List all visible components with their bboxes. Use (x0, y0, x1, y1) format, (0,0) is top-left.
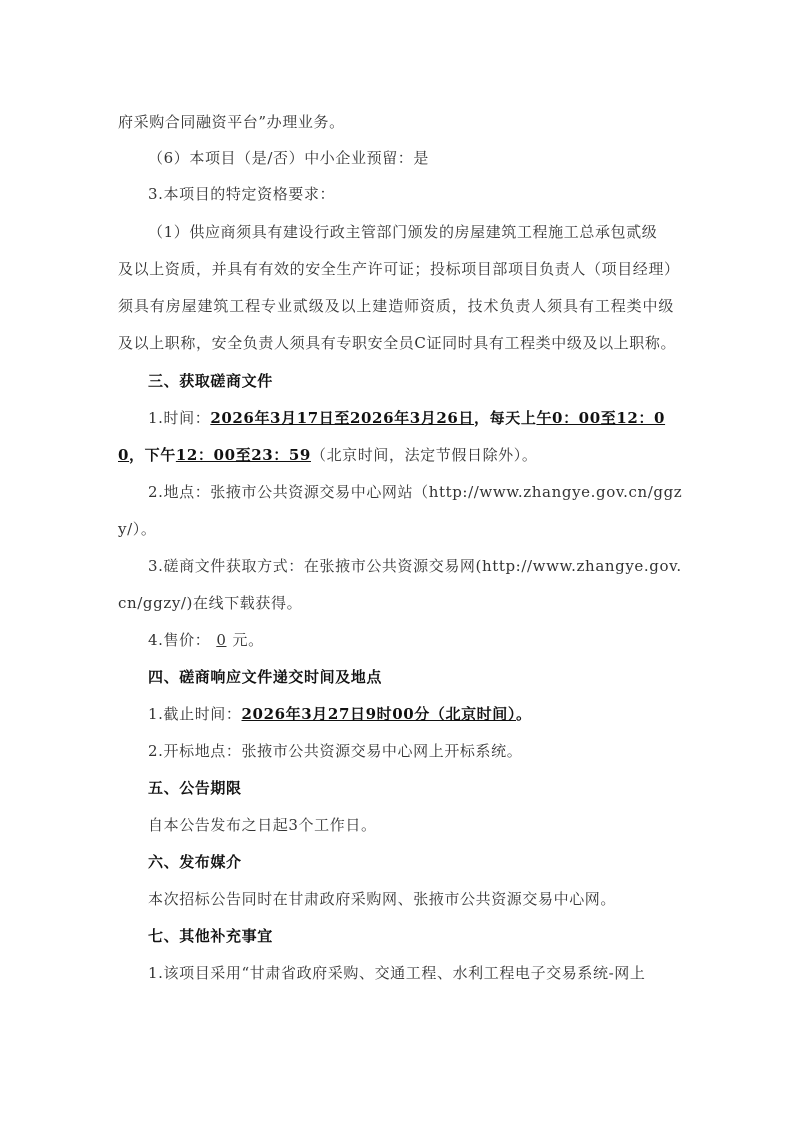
paragraph-time-cont: 0，下午12：00至23：59（北京时间，法定节假日除外）。 (118, 445, 537, 465)
paragraph-method-cont: cn/ggzy/)在线下载获得。 (118, 593, 302, 613)
paragraph-location: 2.地点：张掖市公共资源交易中心网站（http://www.zhangye.go… (148, 482, 682, 502)
paragraph-line: 及以上职称，安全负责人须具有专职安全员C证同时具有工程类中级及以上职称。 (118, 333, 674, 353)
price-unit: 元。 (232, 631, 263, 649)
section-heading-notice-period: 五、公告期限 (148, 778, 242, 798)
time-label: 1.时间： (148, 409, 210, 427)
section-heading-submission: 四、磋商响应文件递交时间及地点 (148, 667, 382, 687)
paragraph-time: 1.时间：2026年3月17日至2026年3月26日，每天上午0：00至12：0 (148, 408, 665, 428)
afternoon-hours: 12：00至23：59 (176, 446, 311, 464)
deadline-value: 2026年3月27日9时00分（北京时间） (242, 705, 516, 723)
morning-hours: 午0：00至12：0 (536, 409, 665, 427)
paragraph-deadline: 1.截止时间：2026年3月27日9时00分（北京时间）。 (148, 704, 532, 724)
paragraph-method: 3.磋商文件获取方式：在张掖市公共资源交易网(http://www.zhangy… (148, 556, 682, 576)
time-note: （北京时间，法定节假日除外）。 (311, 446, 538, 464)
time-digit: 0 (118, 446, 129, 464)
daily-text: ，每天上 (474, 409, 536, 427)
paragraph-notice-period: 自本公告发布之日起3个工作日。 (148, 815, 377, 835)
deadline-end: 。 (516, 705, 532, 723)
section-heading-media: 六、发布媒介 (148, 852, 242, 872)
paragraph-location-cont: y/）。 (118, 519, 156, 539)
paragraph-sme-reserve: （6）本项目（是/否）中小企业预留：是 (148, 148, 429, 168)
price-label: 4.售价： (148, 631, 210, 649)
paragraph-line: 府采购合同融资平台”办理业务。 (118, 112, 345, 132)
date-range: 2026年3月17日至2026年3月26日 (210, 409, 474, 427)
price-value: 0 (210, 631, 232, 649)
paragraph-line: 及以上资质，并具有有效的安全生产许可证；投标项目部项目负责人（项目经理） (118, 259, 674, 279)
paragraph-line: （1）供应商须具有建设行政主管部门颁发的房屋建筑工程施工总承包贰级 (148, 222, 657, 242)
paragraph-opening-location: 2.开标地点：张掖市公共资源交易中心网上开标系统。 (148, 741, 522, 761)
section-heading-obtain-docs: 三、获取磋商文件 (148, 371, 273, 391)
paragraph-other: 1.该项目采用“甘肃省政府采购、交通工程、水利工程电子交易系统-网上 (148, 963, 645, 983)
afternoon-label: ，下午 (129, 446, 176, 464)
deadline-label: 1.截止时间： (148, 705, 242, 723)
paragraph-qualification-title: 3.本项目的特定资格要求： (148, 184, 335, 204)
paragraph-line: 须具有房屋建筑工程专业贰级及以上建造师资质，技术负责人须具有工程类中级 (118, 296, 674, 316)
paragraph-price: 4.售价：0元。 (148, 630, 264, 650)
section-heading-other: 七、其他补充事宜 (148, 926, 273, 946)
paragraph-media: 本次招标公告同时在甘肃政府采购网、张掖市公共资源交易中心网。 (148, 889, 616, 909)
